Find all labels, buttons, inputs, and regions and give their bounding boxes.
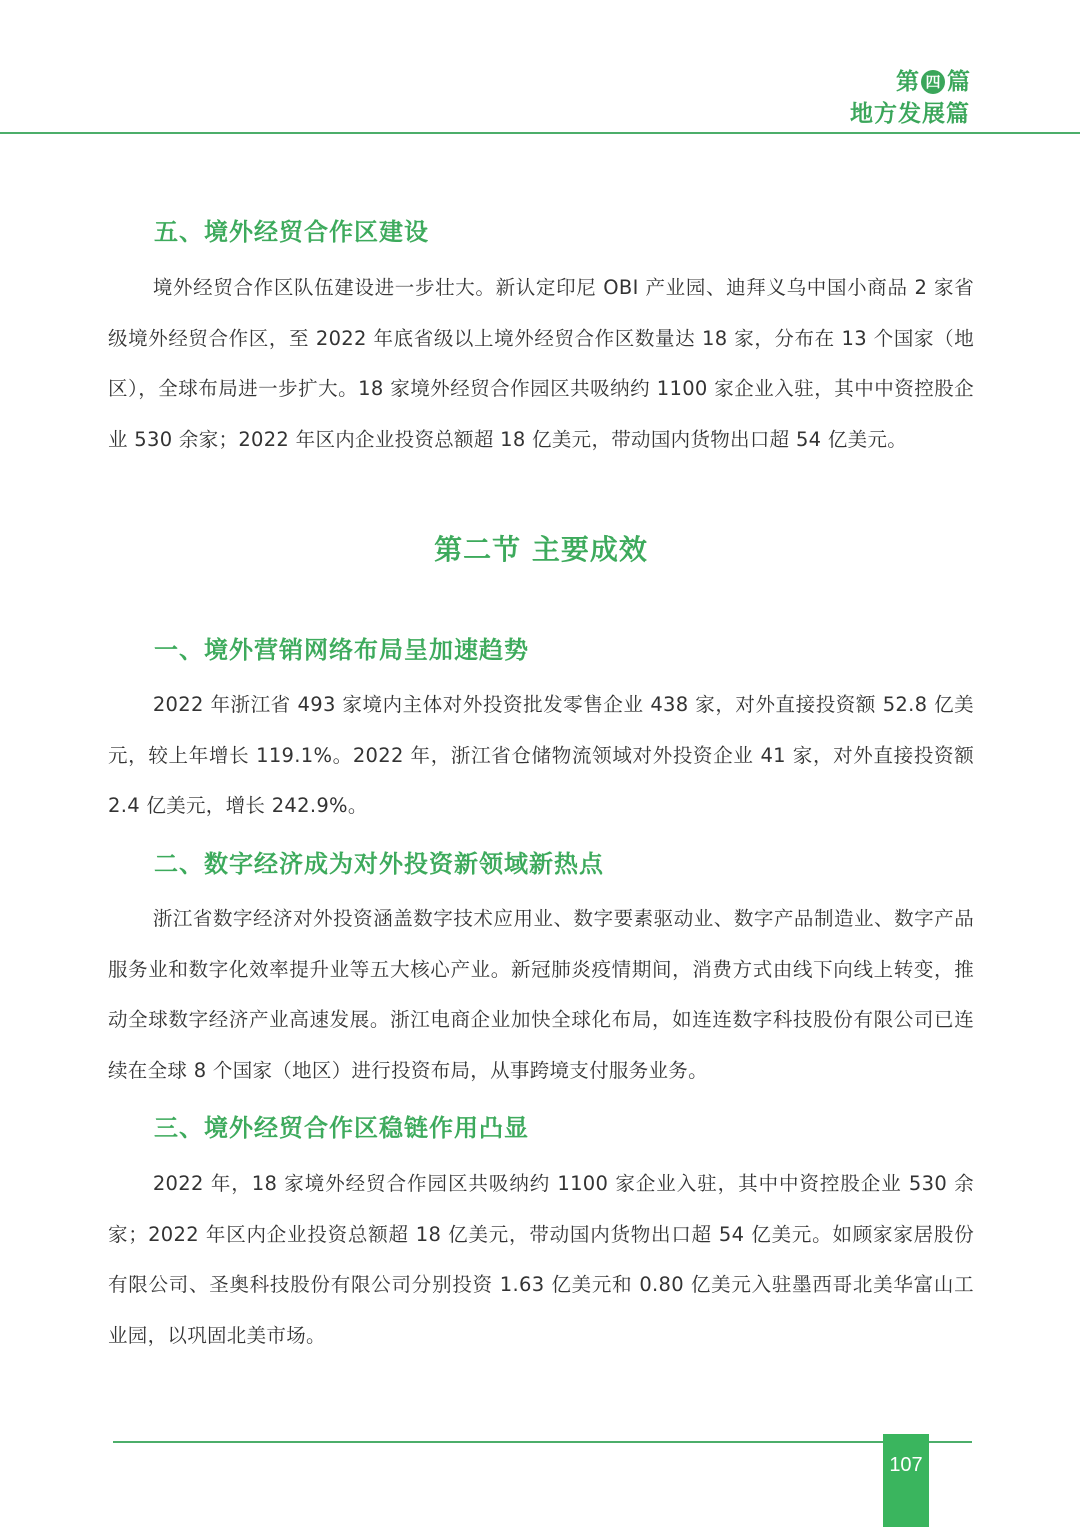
section-heading-overseas-zones: 五、境外经贸合作区建设 (154, 212, 429, 247)
part-prefix: 第 (896, 66, 919, 98)
header-divider (0, 132, 1080, 134)
subsection-paragraph-supply-chain: 2022 年，18 家境外经贸合作园区共吸纳约 1100 家企业入驻，其中中资控… (108, 1159, 974, 1361)
part-suffix: 篇 (947, 66, 970, 98)
page-number: 107 (883, 1434, 929, 1527)
part-number-badge: 四 (921, 70, 945, 94)
section-paragraph-overseas-zones: 境外经贸合作区队伍建设进一步壮大。新认定印尼 OBI 产业园、迪拜义乌中国小商品… (108, 263, 974, 465)
chapter-section-title: 第二节 主要成效 (108, 528, 974, 568)
subsection-heading-marketing-network: 一、境外营销网络布局呈加速趋势 (154, 630, 529, 665)
subsection-heading-supply-chain: 三、境外经贸合作区稳链作用凸显 (154, 1108, 529, 1143)
part-title: 地方发展篇 (850, 98, 970, 130)
subsection-paragraph-marketing-network: 2022 年浙江省 493 家境内主体对外投资批发零售企业 438 家，对外直接… (108, 680, 974, 832)
running-header: 第 四 篇 地方发展篇 (850, 66, 970, 130)
subsection-heading-digital-economy: 二、数字经济成为对外投资新领域新热点 (154, 844, 604, 879)
part-label: 第 四 篇 (850, 66, 970, 98)
footer-divider (113, 1441, 972, 1443)
subsection-paragraph-digital-economy: 浙江省数字经济对外投资涵盖数字技术应用业、数字要素驱动业、数字产品制造业、数字产… (108, 894, 974, 1096)
